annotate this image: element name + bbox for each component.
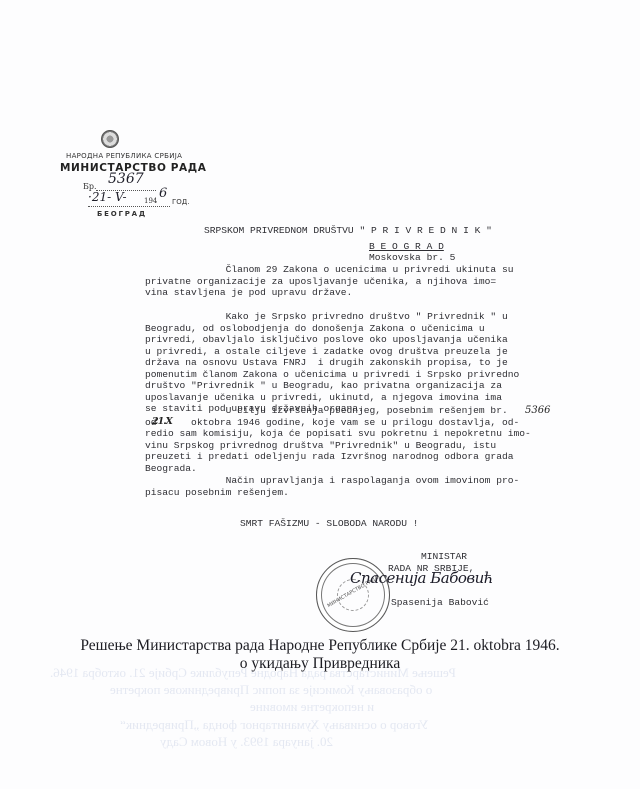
body-paragraph: Način upravljanja i raspolaganja ovom im… (145, 475, 519, 498)
bleed-through-line: Уговор о оснивању Хуманитарног фонда „Пр… (120, 717, 429, 733)
bleed-through-line: о образовању Комисије за попис Привредни… (110, 682, 432, 698)
letterhead-year-label: ГОД. (172, 198, 189, 206)
handwritten-signature: Спасенија Бабовић (350, 569, 493, 587)
handwritten-day: 21.X (152, 416, 172, 427)
signature-title: MINISTAR (421, 551, 467, 563)
document-page: Решење Министарства рада Народне Републи… (0, 0, 640, 789)
letterhead-republic: НАРОДНА РЕПУБЛИКА СРБИЈА (66, 152, 182, 160)
handwritten-decision-number: 5366 (525, 405, 550, 416)
signature-name: Spasenija Babović (391, 597, 489, 609)
addressee-name: SRPSKOM PRIVREDNOM DRUŠTVU " P R I V R E… (204, 225, 492, 237)
body-paragraph: Članom 29 Zakona o ucenicima u privredi … (145, 264, 513, 299)
bleed-through-line: 20. јануара 1993. у Новом Саду (160, 734, 333, 750)
body-paragraph: U cilju izvršenja prednjeg, posebnim reš… (145, 405, 531, 474)
letterhead-date: ·21- V- (88, 190, 127, 204)
addressee-street: Moskovska br. 5 (369, 252, 455, 264)
coat-of-arms-icon (101, 130, 119, 148)
letterhead-year-prefix: 194 (144, 197, 157, 205)
letterhead-dotted-line (88, 206, 170, 207)
letterhead-number-value: 5367 (108, 171, 144, 187)
body-paragraph: Kako je Srpsko privredno društvo " Privr… (145, 311, 519, 415)
letterhead-year-suffix: 6 (159, 186, 167, 201)
addressee-city: B E O G R A D (369, 241, 444, 253)
caption-line: Решење Министарства рада Народне Републи… (0, 637, 640, 655)
bleed-through-line: и непокретне имовине (250, 699, 374, 715)
caption-line: о укидању Привредника (0, 655, 640, 673)
letterhead-city: БЕОГРАД (97, 210, 147, 218)
slogan: SMRT FAŠIZMU - SLOBODA NARODU ! (240, 518, 418, 530)
